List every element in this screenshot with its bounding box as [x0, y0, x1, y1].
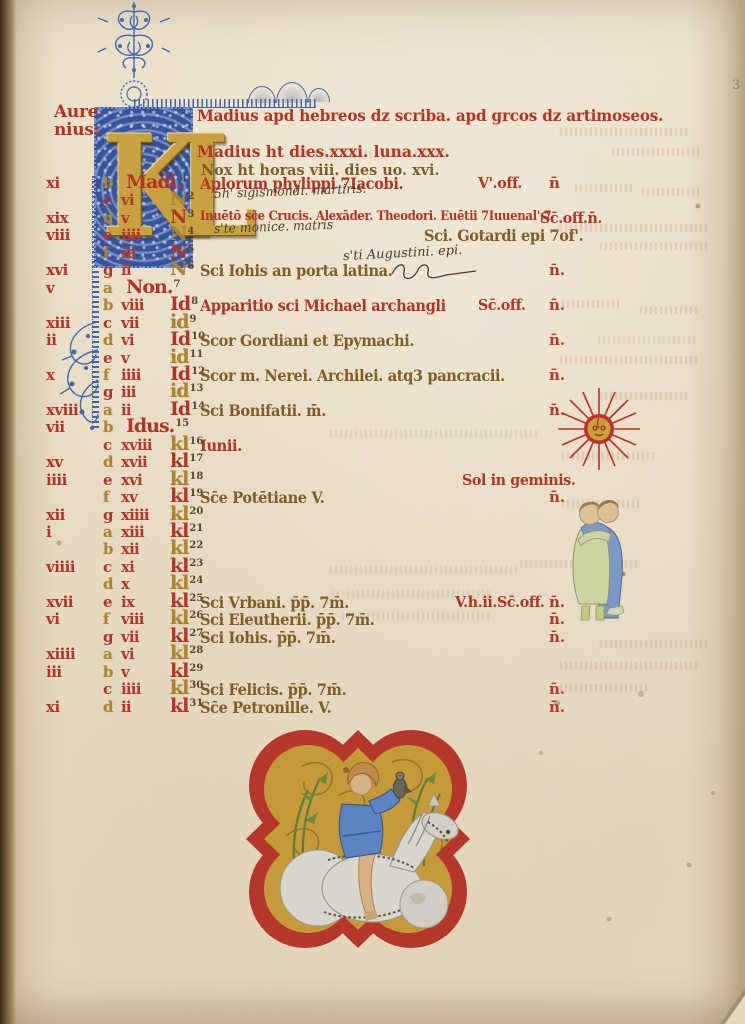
roman-day-count: viii [121, 296, 144, 314]
calendar-row: viii e iiii N4 s'te monice. matris Sci. … [0, 226, 745, 244]
calendar-row: g vii kl27 Sci Iohis. p̄p̄. 7m̄. n̄. [0, 628, 745, 646]
office-note: V.h.ii.Sc̄.off. [455, 593, 544, 611]
feast-entry: Sci. Gotardi epi 7of'. [424, 226, 583, 245]
calendar-row: xiii c vii id9 [0, 314, 745, 332]
dominical-letter: f [103, 488, 109, 506]
golden-number: i [46, 523, 51, 541]
calendar-row: c iiii kl30 Sci Felicis. p̄p̄. 7m̄. n̄. [0, 680, 745, 698]
golden-number: v [46, 279, 54, 297]
calendar-row: xvi g ii N6 Sci Iohis an porta latina. n… [0, 261, 745, 279]
dominical-letter: g [103, 628, 114, 646]
dominical-letter: d [103, 575, 114, 593]
roman-day-count: viii [121, 610, 144, 628]
dominical-letter: d [103, 453, 114, 471]
n-mark: n̄. [549, 628, 565, 646]
gemini-figures [566, 484, 638, 622]
golden-number: xi [46, 174, 60, 192]
feast-entry: Sc̄e Petronille. V. [200, 698, 331, 717]
roman-day-count: xiii [121, 523, 144, 541]
calendar-row: xiiii a vi kl28 [0, 645, 745, 663]
dominical-letter: a [103, 523, 113, 541]
calendar-row: v a Non.7 [0, 279, 745, 297]
arabic-day-number: 7 [173, 279, 180, 290]
feast-entry: Sci Eleutherii. p̄p̄. 7m̄. [200, 610, 374, 629]
golden-number: x [46, 366, 54, 384]
dominical-letter: c [103, 191, 112, 209]
golden-number: xviii [46, 401, 78, 419]
feast-entry: Sci Iohis an porta latina. [200, 261, 392, 280]
dominical-letter: a [103, 279, 113, 297]
arabic-day-number: 6 [187, 261, 194, 272]
office-note: V'.off. [478, 174, 522, 192]
arabic-day-number: 15 [175, 418, 189, 429]
arabic-day-number: 2 [187, 191, 194, 202]
golden-number: xiiii [46, 645, 75, 663]
calendar-row: xi b Madi.i Aplorum phylippi 7Iacobi. V'… [0, 174, 745, 192]
roman-day-count: vi [121, 331, 134, 349]
foxing-spots [0, 0, 2, 2]
roman-day-count: xvii [121, 453, 147, 471]
arabic-day-number: 29 [189, 663, 203, 674]
sun-face-icon [556, 386, 642, 472]
dominical-letter: b [103, 663, 114, 681]
day-marker: Non. [126, 276, 172, 298]
manuscript-page: 3 [0, 0, 745, 1024]
feast-entry: Apparitio sci Michael archangli [200, 296, 446, 315]
calendar-row: e v id11 [0, 349, 745, 367]
golden-number: xii [46, 506, 65, 524]
day-marker: Idus. [126, 415, 174, 437]
arabic-day-number: 5 [187, 244, 194, 255]
dominical-letter: c [103, 680, 112, 698]
cursive-addition: s'te monice. matris [214, 218, 334, 237]
dominical-letter: g [103, 261, 114, 279]
golden-number: xvi [46, 261, 68, 279]
feast-entry: Iunii. [200, 436, 242, 455]
n-mark: n̄. [549, 593, 565, 611]
office-note: Sol in geminis. [462, 471, 575, 489]
n-mark: n̄. [549, 331, 565, 349]
page-corner-curl [653, 954, 745, 1024]
dominical-letter: e [103, 593, 113, 611]
dominical-letter: b [103, 540, 114, 558]
roman-day-count: iiii [121, 680, 141, 698]
arabic-day-number: 13 [190, 383, 204, 394]
arabic-day-number: 22 [189, 540, 203, 551]
golden-number: vi [46, 610, 59, 628]
roman-day-count: xviii [121, 436, 152, 454]
golden-number: ii [46, 331, 56, 349]
arabic-day-number: 9 [190, 314, 197, 325]
pen-flourish [388, 258, 478, 284]
arabic-day-number: i [182, 174, 186, 185]
roman-day-count: xv [121, 488, 137, 506]
golden-number: viiii [46, 558, 75, 576]
dominical-letter: g [103, 383, 114, 401]
dominical-letter: c [103, 314, 112, 332]
dominical-letter: d [103, 331, 114, 349]
folio-number: 3 [732, 78, 740, 93]
dominical-letter: e [103, 349, 113, 367]
golden-number: xiii [46, 314, 70, 332]
arabic-day-number: 4 [187, 226, 194, 237]
feast-entry: Sci Vrbani. p̄p̄. 7m̄. [200, 593, 349, 612]
golden-number: viii [46, 226, 70, 244]
roman-day-count: xvi [121, 471, 142, 489]
arabic-day-number: 21 [189, 523, 203, 534]
roman-day-count: vii [121, 314, 139, 332]
calendar-row: c vi N2 5h' sigismondi. martiris. [0, 191, 745, 209]
arabic-day-number: 11 [190, 349, 204, 360]
n-mark: n̄. [549, 680, 565, 698]
day-marker-wrap: kl31 [170, 698, 203, 716]
roman-day-count: iii [121, 244, 136, 262]
dominical-letter: e [103, 471, 113, 489]
n-mark: n̄. [549, 261, 565, 279]
roman-day-count: iiii [121, 366, 141, 384]
golden-number: iiii [46, 471, 67, 489]
n-mark: n̄. [549, 366, 565, 384]
calendar-row: x f iiii Id12 Scor m. Nerei. Archilei. a… [0, 366, 745, 384]
n-mark: n̄. [549, 296, 565, 314]
arabic-day-number: 24 [189, 575, 203, 586]
penwork-fan [308, 88, 330, 102]
golden-number: vii [46, 418, 65, 436]
feast-entry: Sci Felicis. p̄p̄. 7m̄. [200, 680, 346, 699]
arabic-day-number: 18 [189, 471, 203, 482]
dominical-letter: b [103, 174, 114, 192]
roman-day-count: ix [121, 593, 134, 611]
dominical-letter: b [103, 296, 114, 314]
feast-entry: Sci Iohis. p̄p̄. 7m̄. [200, 628, 335, 647]
roman-day-count: v [121, 209, 129, 227]
arabic-day-number: 20 [189, 506, 203, 517]
golden-number: xi [46, 698, 60, 716]
roman-day-count: ii [121, 698, 131, 716]
arabic-day-number: 28 [189, 645, 203, 656]
roman-day-count: iiii [121, 226, 141, 244]
roman-day-count: xiiii [121, 506, 149, 524]
dominical-letter: d [103, 698, 114, 716]
calendar-row: b viii Id8 Apparitio sci Michael archang… [0, 296, 745, 314]
calendar-row: ii d vi Id10 Scor Gordiani et Epymachi. … [0, 331, 745, 349]
calendar-row: xi d ii kl31 Sc̄e Petronille. V. n̄. [0, 698, 745, 716]
marginal-note-line2: nius: [54, 122, 100, 139]
dominical-letter: f [103, 366, 109, 384]
arabic-day-number: 17 [189, 453, 203, 464]
roman-day-count: v [121, 663, 129, 681]
feast-entry: Scor m. Nerei. Archilei. atq3 pancracii. [200, 366, 505, 385]
feast-entry: Sci Bonifatii. m̄. [200, 401, 326, 420]
roman-day-count: vi [121, 191, 134, 209]
golden-number: iii [46, 663, 62, 681]
dominical-letter: a [103, 645, 113, 663]
day-marker-wrap: N6 [170, 261, 194, 279]
n-mark: n̄. [549, 698, 565, 716]
calendar-row: iii b v kl29 [0, 663, 745, 681]
dominical-letter: g [103, 506, 114, 524]
dominical-letter: a [103, 401, 113, 419]
month-title: Madius apd hebreos dz scriba. apd grcos … [197, 106, 663, 125]
roman-day-count: vi [121, 645, 134, 663]
dominical-letter: f [103, 244, 109, 262]
penwork-spray-top [96, 0, 172, 110]
calendar-row: xix d v N3 Inuētō sc̄e Crucis. Alexād… [0, 209, 745, 227]
penwork-fan [248, 86, 276, 103]
golden-number: xix [46, 209, 68, 227]
arabic-day-number: 8 [191, 296, 198, 307]
roman-day-count: xi [121, 558, 134, 576]
day-marker: kl [170, 695, 188, 717]
arabic-day-number: 23 [189, 558, 203, 569]
roman-day-count: x [121, 575, 129, 593]
month-days-line: Madius ht dies.xxxi. luna.xxx. [197, 142, 450, 161]
roman-day-count: xii [121, 540, 139, 558]
dominical-letter: c [103, 436, 112, 454]
dominical-letter: d [103, 209, 114, 227]
n-mark: n̄ [549, 174, 560, 192]
may-miniature-horseman-with-falcon [242, 726, 474, 952]
roman-day-count: iii [121, 383, 136, 401]
roman-day-count: vii [121, 628, 139, 646]
dominical-letter: b [103, 418, 114, 436]
arabic-day-number: 3 [187, 209, 194, 220]
feast-entry: Sc̄e Potētiane V. [200, 488, 324, 507]
n-mark: n̄. [549, 488, 565, 506]
marginal-note-line1: Aure [54, 104, 98, 121]
dominical-letter: f [103, 610, 109, 628]
golden-number: xv [46, 453, 63, 471]
office-note: Sc̄.off. [478, 296, 526, 314]
n-mark: n̄. [549, 610, 565, 628]
golden-number: xvii [46, 593, 73, 611]
penwork-fan [276, 82, 308, 103]
office-note: Sc̄.off.n̄. [540, 209, 602, 227]
dominical-letter: c [103, 558, 112, 576]
feast-entry: Scor Gordiani et Epymachi. [200, 331, 414, 350]
roman-day-count: v [121, 349, 129, 367]
dominical-letter: e [103, 226, 113, 244]
